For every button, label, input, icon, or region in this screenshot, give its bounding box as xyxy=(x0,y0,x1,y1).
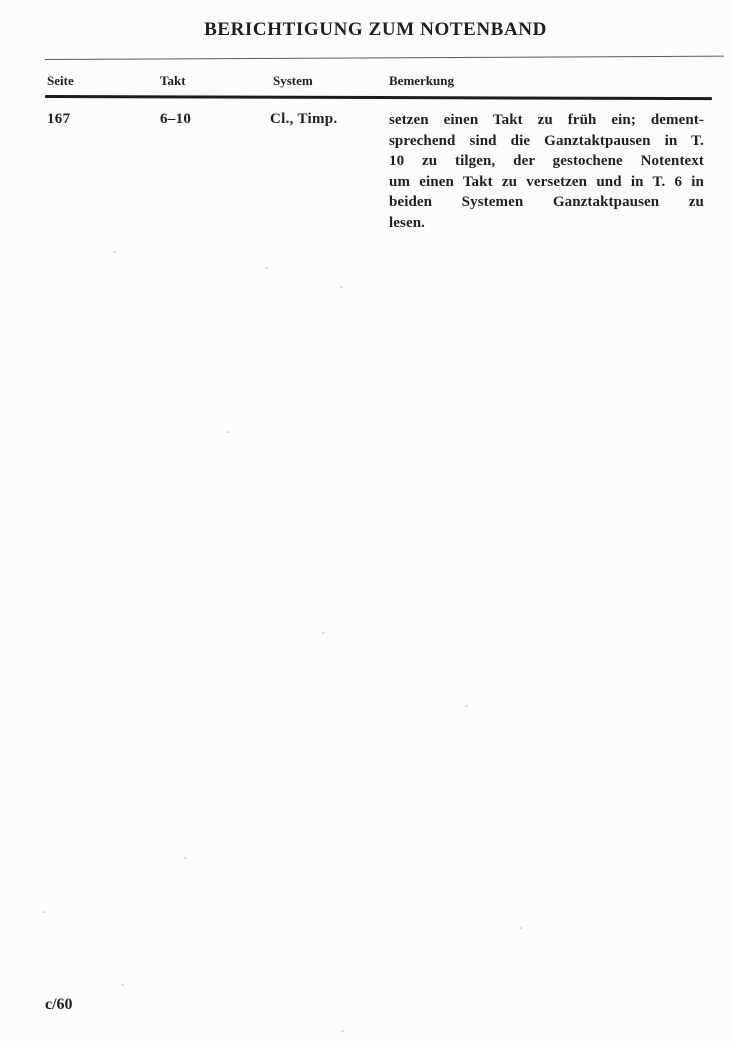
column-header-takt: Takt xyxy=(160,74,186,87)
table-top-rule xyxy=(45,56,724,60)
bemerkung-line: beiden Systemen Ganztaktpausen zu xyxy=(389,192,704,213)
column-header-seite: Seite xyxy=(47,74,74,87)
cell-seite: 167 xyxy=(47,112,70,127)
scan-speck xyxy=(121,984,124,986)
scan-speck xyxy=(265,267,268,269)
scan-speck xyxy=(113,251,116,253)
scan-speck xyxy=(341,1030,344,1032)
scan-speck xyxy=(322,632,325,634)
cell-takt: 6–10 xyxy=(160,112,191,127)
scanned-document-page: BERICHTIGUNG ZUM NOTENBAND Seite Takt Sy… xyxy=(0,0,733,1041)
column-header-system: System xyxy=(273,74,313,87)
footer-mark: c/60 xyxy=(45,997,73,1013)
table-header-rule xyxy=(45,95,712,100)
scan-speck xyxy=(465,705,468,707)
scan-speck xyxy=(184,857,187,859)
bemerkung-line: lesen. xyxy=(389,213,704,234)
bemerkung-line: um einen Takt zu versetzen und in T. 6 i… xyxy=(389,172,704,193)
scan-speck xyxy=(227,431,230,433)
bemerkung-line: sprechend sind die Ganztaktpausen in T. xyxy=(389,131,704,152)
bemerkung-line: setzen einen Takt zu früh ein; dement- xyxy=(389,110,704,131)
cell-system: Cl., Timp. xyxy=(270,112,337,127)
bemerkung-line: 10 zu tilgen, der gestochene Notentext xyxy=(389,151,704,172)
cell-bemerkung: setzen einen Takt zu früh ein; dement- s… xyxy=(389,110,704,234)
scan-speck xyxy=(519,927,522,929)
column-header-bemerkung: Bemerkung xyxy=(389,74,454,87)
page-title: BERICHTIGUNG ZUM NOTENBAND xyxy=(0,19,733,41)
scan-speck xyxy=(42,911,45,913)
scan-speck xyxy=(340,286,343,288)
